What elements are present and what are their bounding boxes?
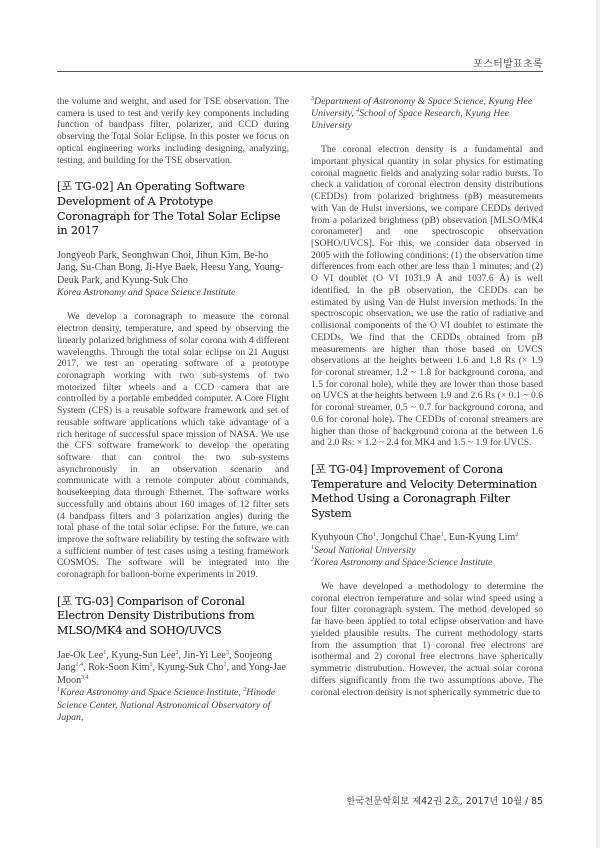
author-list: Jae-Ok Lee1, Kyung-Sun Lee2, Jin-Yi Lee3… [57, 650, 289, 688]
author-list: Jongyeob Park, Seonghwan Choi, Jihun Kim… [57, 250, 289, 288]
running-head-section-label: 포스터발표초록 [473, 55, 543, 70]
affiliation-list: 1Korea Astronomy and Space Science Insti… [57, 687, 289, 724]
right-column: 3Department of Astronomy & Space Science… [311, 96, 543, 698]
abstract-tg-02: [포 TG-02] An Operating Software Developm… [57, 180, 289, 581]
abstract-body: The coronal electron density is a fundam… [311, 144, 543, 449]
abstract-title: [포 TG-04] Improvement of Corona Temperat… [311, 463, 543, 521]
abstract-body: We develop a coronagraph to measure the … [57, 311, 289, 581]
author: Jin-Yi Lee3 [184, 650, 229, 661]
affiliation: 1Korea Astronomy and Space Science Insti… [57, 687, 243, 698]
continued-abstract-paragraph: the volume and weight, and used for TSE … [57, 96, 289, 166]
author: Kyung-Suk Cho1 [158, 662, 227, 673]
affiliation: Korea Astronomy and Space Science Instit… [57, 287, 289, 299]
affiliation: 2Korea Astronomy and Space Science Insti… [311, 557, 543, 569]
author: Jongchul Chae1 [381, 532, 444, 543]
author-list: Kyuhyoun Cho1, Jongchul Chae1, Eun-Kyung… [311, 532, 543, 545]
footer-journal-citation: 한국천문학회보 제42권 2호, 2017년 10월 / 85 [346, 793, 543, 807]
author: Kyuhyoun Cho1 [311, 532, 376, 543]
affiliation-list-continued: 3Department of Astronomy & Space Science… [311, 96, 543, 133]
page-edge [596, 0, 600, 848]
abstract-body: We have developed a methodology to deter… [311, 581, 543, 698]
affiliation: 1Seoul National University [311, 545, 543, 557]
journal-page: 포스터발표초록 the volume and weight, and used … [0, 0, 600, 848]
abstract-title: [포 TG-03] Comparison of Coronal Electron… [57, 595, 289, 639]
author: Eun-Kyung Lim2 [449, 532, 518, 543]
left-column: the volume and weight, and used for TSE … [57, 96, 289, 724]
abstract-title: [포 TG-02] An Operating Software Developm… [57, 180, 289, 238]
abstract-tg-03: [포 TG-03] Comparison of Coronal Electron… [57, 595, 289, 724]
author: Jae-Ok Lee1 [57, 650, 106, 661]
author: Kyung-Sun Lee2 [111, 650, 178, 661]
author: Rok-Soon Kim1 [88, 662, 152, 673]
abstract-tg-04: [포 TG-04] Improvement of Corona Temperat… [311, 463, 543, 698]
header-rule [57, 71, 543, 72]
